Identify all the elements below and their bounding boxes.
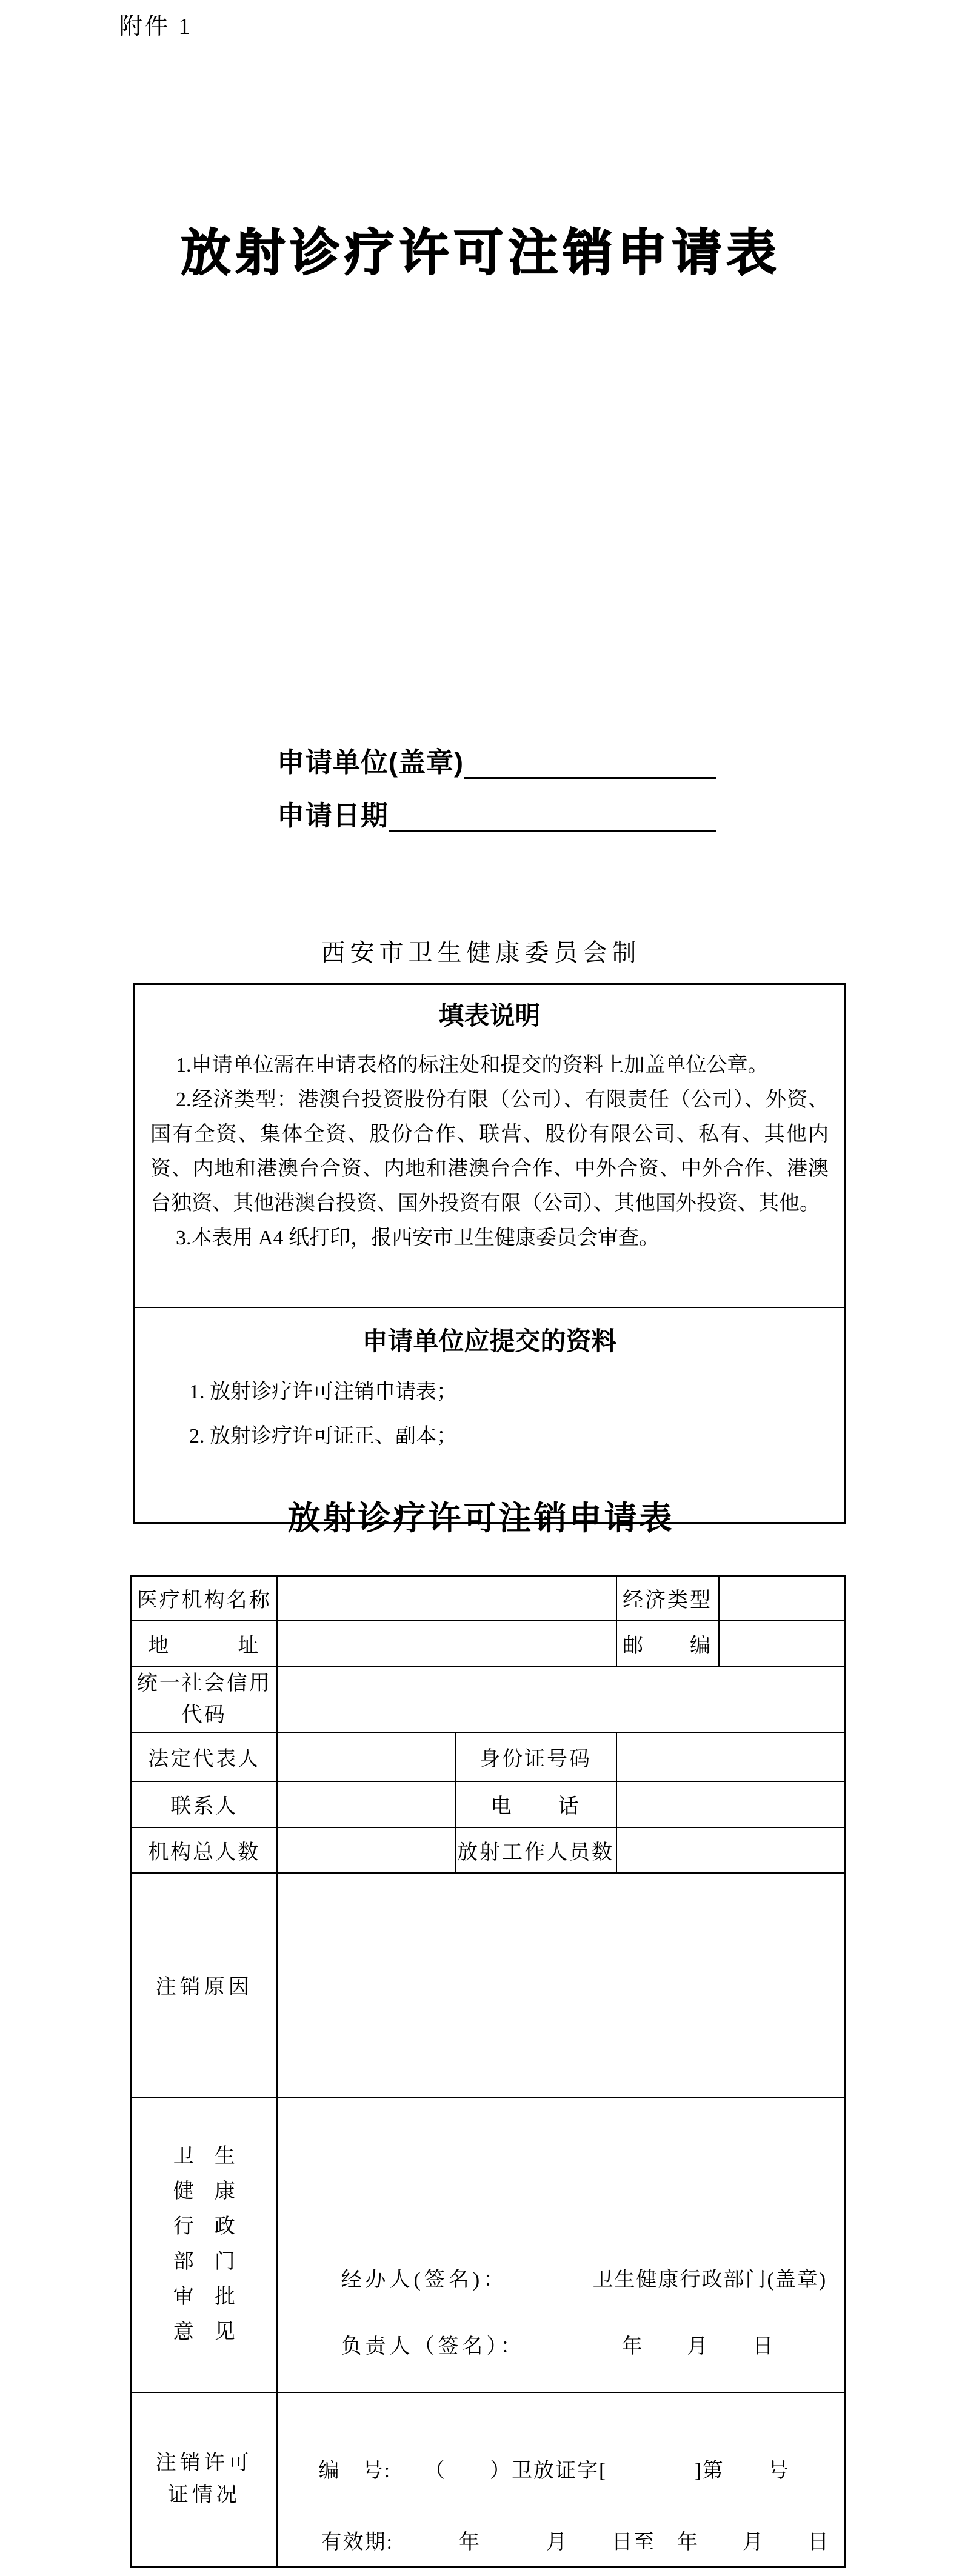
contact-person-label: 联系人 [132, 1781, 277, 1827]
address-value [277, 1621, 616, 1667]
institution-name-label: 医疗机构名称 [132, 1576, 277, 1621]
id-number-label: 身份证号码 [455, 1733, 616, 1781]
application-form-table: 医疗机构名称 经济类型 地 址 邮 编 统一社会信用 代码 法定代表人 身份证号… [130, 1575, 846, 2568]
cancel-reason-value [277, 1873, 845, 2097]
radiation-staff-label: 放射工作人员数 [455, 1827, 616, 1873]
issuer-line: 西安市卫生健康委员会制 [0, 933, 962, 968]
total-staff-value [277, 1827, 455, 1873]
applicant-unit-blank [464, 736, 716, 779]
department-seal-label: 卫生健康行政部门(盖章) [593, 2263, 827, 2292]
table-row: 联系人 电 话 [132, 1781, 845, 1827]
applicant-block: 申请单位(盖章) 申请日期 [277, 736, 716, 832]
applicant-unit-line: 申请单位(盖章) [277, 736, 716, 779]
approval-date-label: 年 月 日 [622, 2329, 775, 2359]
table-row: 卫 生 健 康 行 政 部 门 审 批 意 见 经办人(签名)： 卫生健康行政部… [132, 2097, 845, 2392]
approval-opinion-cell: 经办人(签名)： 卫生健康行政部门(盖章) 负责人（签名）： 年 月 日 [277, 2097, 845, 2392]
table-row: 统一社会信用 代码 [132, 1667, 845, 1733]
instruction-item-3: 3.本表用 A4 纸打印，报西安市卫生健康委员会审查。 [150, 1221, 829, 1255]
legal-representative-value [277, 1733, 455, 1781]
materials-title: 申请单位应提交的资料 [135, 1326, 844, 1356]
table-row: 机构总人数 放射工作人员数 [132, 1827, 845, 1873]
notes-box: 填表说明 1.申请单位需在申请表格的标注处和提交的资料上加盖单位公章。 2.经济… [133, 983, 846, 1524]
instructions-section: 填表说明 1.申请单位需在申请表格的标注处和提交的资料上加盖单位公章。 2.经济… [135, 1001, 844, 1308]
credit-code-value [277, 1667, 845, 1733]
table-row: 地 址 邮 编 [132, 1621, 845, 1667]
total-staff-label: 机构总人数 [132, 1827, 277, 1873]
main-title: 放射诊疗许可注销申请表 [0, 213, 962, 284]
license-status-label: 注销许可 证情况 [132, 2392, 277, 2567]
economic-type-value [719, 1576, 845, 1621]
economic-type-label: 经济类型 [616, 1576, 719, 1621]
material-item-2: 2. 放射诊疗许可证正、副本； [189, 1419, 829, 1453]
handler-signature-label: 经办人(签名)： [341, 2263, 508, 2292]
form-title: 放射诊疗许可注销申请表 [0, 1492, 962, 1539]
apply-date-label: 申请日期 [277, 799, 389, 832]
cancel-reason-label: 注销原因 [132, 1873, 277, 2097]
phone-label: 电 话 [455, 1781, 616, 1827]
contact-person-value [277, 1781, 455, 1827]
table-row: 医疗机构名称 经济类型 [132, 1576, 845, 1621]
address-label: 地 址 [132, 1621, 277, 1667]
table-row: 注销许可 证情况 编 号: （ ）卫放证字[ ]第 号 有效期: 年 月 日至 … [132, 2392, 845, 2567]
radiation-staff-value [616, 1827, 845, 1873]
table-row: 注销原因 [132, 1873, 845, 2097]
instruction-item-2: 2.经济类型：港澳台投资股份有限（公司）、有限责任（公司）、外资、国有全资、集体… [150, 1083, 829, 1221]
apply-date-blank [389, 790, 716, 832]
postal-code-value [719, 1621, 845, 1667]
license-validity-line: 有效期: 年 月 日至 年 月 日 [321, 2525, 830, 2555]
phone-value [616, 1781, 845, 1827]
id-number-value [616, 1733, 845, 1781]
approval-opinion-label: 卫 生 健 康 行 政 部 门 审 批 意 见 [132, 2097, 277, 2392]
postal-code-label: 邮 编 [616, 1621, 719, 1667]
instruction-item-1: 1.申请单位需在申请表格的标注处和提交的资料上加盖单位公章。 [150, 1048, 829, 1083]
instructions-title: 填表说明 [135, 1001, 844, 1031]
legal-representative-label: 法定代表人 [132, 1733, 277, 1781]
license-number-line: 编 号: （ ）卫放证字[ ]第 号 [319, 2454, 790, 2483]
document-page: 附件 1 放射诊疗许可注销申请表 申请单位(盖章) 申请日期 西安市卫生健康委员… [0, 0, 962, 2576]
attachment-label: 附件 1 [119, 7, 193, 41]
institution-name-value [277, 1576, 616, 1621]
manager-signature-label: 负责人（签名）： [341, 2329, 525, 2359]
license-status-cell: 编 号: （ ）卫放证字[ ]第 号 有效期: 年 月 日至 年 月 日 [277, 2392, 845, 2567]
table-row: 法定代表人 身份证号码 [132, 1733, 845, 1781]
credit-code-label: 统一社会信用 代码 [132, 1667, 277, 1733]
applicant-unit-label: 申请单位(盖章) [277, 746, 464, 779]
apply-date-line: 申请日期 [277, 790, 716, 832]
material-item-1: 1. 放射诊疗许可注销申请表； [189, 1375, 829, 1409]
